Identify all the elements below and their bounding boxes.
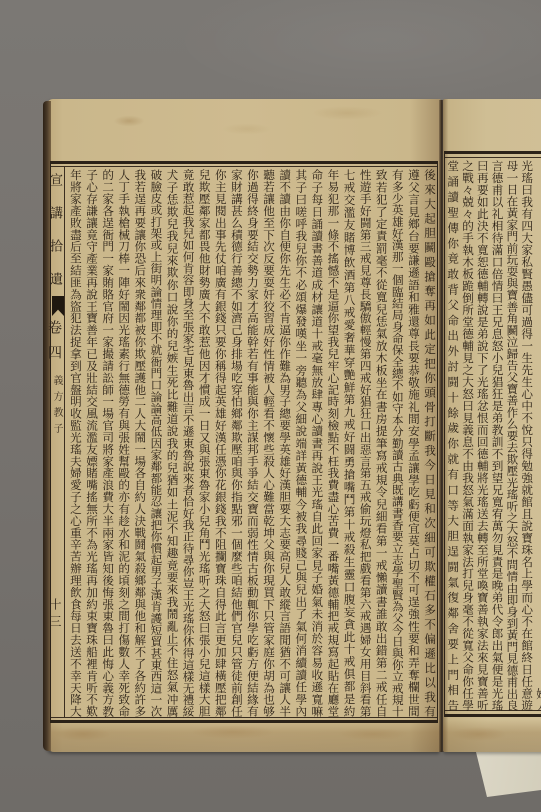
banxin-separator-line [64, 166, 65, 717]
text-column: 兒欺壓鄰家都畏他財勢廣大不敢惹他因才慣成一日又與張東魯家小兒角鬥光瑤听之大怒曰張… [196, 169, 212, 717]
text-column: 子心存謙讓竟守產業再說王寶善年已及壯結交風流濫友嫖賭嘴搖無所不為光瑤再加約束寶珠… [83, 169, 99, 717]
text-column: 性遊手好闘第三戒見尊長驕傲輕慢第四戒好猖狂口出惡言第五戒偷玩燈私把戲看第六戒遇婦… [357, 169, 373, 717]
text-column-clipped: 婦人 [534, 160, 541, 711]
text-column: 曰再要如此決不寬恕德輔轉說是弟說下了光瑤忿恨而回德輔將光瑤送去轉至所堂喚寶善執家… [475, 160, 490, 711]
text-column: 我若逞再要讓你恐后來衆鄰都被你欺壓護他二人大鬧一場各自約人決戰鬪氣殺鄉鄰與他和解… [131, 169, 147, 717]
right-page: 婦人 光瑤曰我有四大家私賢愚儘可過得一生先生心中不悅只得勉強就館且說寶珠名上學而… [443, 99, 541, 752]
water-stain [53, 726, 437, 752]
book-title: 宣講拾遺 [50, 173, 64, 305]
right-page-body-text: 婦人 光瑤曰我有四大家私賢愚儘可過得一生先生心中不悅只得勉強就館且說寶珠名上學而… [445, 160, 541, 711]
text-column: 讀不讀由你自便你先生必不肯逼你作難為男子總要學英雄好漢胆要大志要高兒人敢縱言語閒… [276, 169, 292, 717]
left-page-body-text: 後來大起胆鬭毆搶奪再如此定把你頭骨打斷我今日見和次細可欺權石多不偏遜比以我有 遵… [67, 169, 437, 717]
text-column: 致若犯了定責罰毫不從寬兒恁氣放木板坐在書房提筆寫戒規令兒細看第一戒懶讀書誰敢出錯… [373, 169, 389, 717]
text-column: 母一日在黃家門前玩耍與寶善角鬭泣歸告父寶善作么要去欺壓光瑤听之大怒不問情由即身到… [505, 160, 520, 711]
volume-label: 卷四 [50, 320, 64, 370]
text-column: 人丁手執槍械刀棒一陣好鬧因光瑤素行無德勞有與張姓幫毆的亦有趁水和泥的頃刻之間打傷… [115, 169, 131, 717]
text-column: 言德甫以礼相待滿口倍情曰王兄息怒小兒猖狂是弟教訓不到望兄寬宥萬勿見責是晚弟代令郎… [490, 160, 505, 711]
text-column: 的二家各逞衙門一家賄賂官府一家撮請訟師一場官司將家產浪費大半兩家皆知後悔張東魯曰… [99, 169, 115, 717]
text-column: 竟敢惹起我兒如何肯容即身至張家宅見東魯出言不遜東魯說來者恰好我正待尋你豈王光瑤你… [180, 169, 196, 717]
text-column: 七戒交濫友賭博飲酒第八戒愛奢華穿艷鮮第九戒好闘勇搶嘴鬥第十戒殺生靈口腹妄貪此十戒… [340, 169, 356, 717]
frame-inner-rule-top [51, 166, 437, 167]
left-page: 宣講拾遺 卷四 義方教子 十三 後來大起胆鬭毆搶奪再如此定把你頭骨打斷我今日見和… [47, 99, 441, 752]
text-column: 遵父言見鄉台要謙遜語和雅還尊長要恭敬施礼間安學孟讓學吃虧便宜莫占切不可逞強性要和… [405, 169, 421, 717]
text-column: 後來大起胆鬭毆搶奪再如此定把你頭骨打斷我今日見和次細可欺權石多不偏遜比以我有 [421, 169, 437, 717]
text-column: 之戰々兢々的手執木板跪倒所堂德輔見之大怒曰見義息不由我怒氣滿面執家法打兒身毫不從… [460, 160, 475, 711]
text-column: 命子每日誦讀書善道成材讓道十戒毫無放肆專心讀書再說王光瑤自此回家見子婚氣未消於容… [308, 169, 324, 717]
frame-inner-rule-bottom [51, 717, 437, 718]
text-column: 年將家產敗盡后至結匪為盜犯法捉拿到官盤明收監光瑤夫婦愛子之心重辛苦辦理飲食每日去… [67, 169, 83, 717]
text-column: 其子曰嗟呼我兒你不必頌爆發嘆坐一旁聽為父細說端詳黃德輔今被我尋賤己與兒出了氣何消… [292, 169, 308, 717]
story-title: 義方教子 [53, 375, 64, 439]
text-column: 你過得終身要結交勢力家才高能幹若有事能與你主謀邦手爭結交寶而弱性情古板動輒你學吃… [244, 169, 260, 717]
text-column: 堂誦讀聖傳你竟敢背父命出外討闘十餘歲你就有口等大胆逞闘氣復鄰舍要上門相告 [445, 160, 460, 711]
frame-inner-rule-top [445, 157, 541, 158]
text-column: 家財講甚么積德行善總不如濟己身排場吃穿怕鄉鄰欺壓咱與你指點邪一個麼些咱結他們官兒… [228, 169, 244, 717]
page-number: 十三 [51, 598, 64, 632]
paper-label-slip [476, 750, 541, 797]
text-column: 你主見閱出事先仗咱廣有銀錢只要你稱得起英雄好漢任憑你花銀錢我不阻攔寶珠自得此言更… [212, 169, 228, 717]
water-stain [449, 726, 541, 752]
text-column: 聽若讓他至下次反要耍奸狡習成好性情被人輕看不懷些殺人心難當乾坤父與你現買下只管家… [260, 169, 276, 717]
text-column: 年易犯那一條不搖憾不是逼你望我兒牢心記時刻檢點不枉我費盡心苦費一番嘴黃德輔把戒規… [324, 169, 340, 717]
text-column: 有多少英雄好漢那一個臨結局身命保全總不如守本分勤讀古典既講書香要立志學聖賢為父今… [389, 169, 405, 717]
text-column: 破臉皮或打架或上街明論情理即不就衙門口論論高低因家鄰都能忍讓把你慣起男子漢肯護短… [147, 169, 163, 717]
text-column: 光瑤曰我有四大家私賢愚儘可過得一生先生心中不悅只得勉強就館且說寶珠名上學而心不在… [519, 160, 534, 711]
text-column: 犬子恁欺兒我兒來欺你口說你的兒嫉生死比難道說我的兒猶如土泥不知趣竟要來我鬧亂止不… [163, 169, 179, 717]
